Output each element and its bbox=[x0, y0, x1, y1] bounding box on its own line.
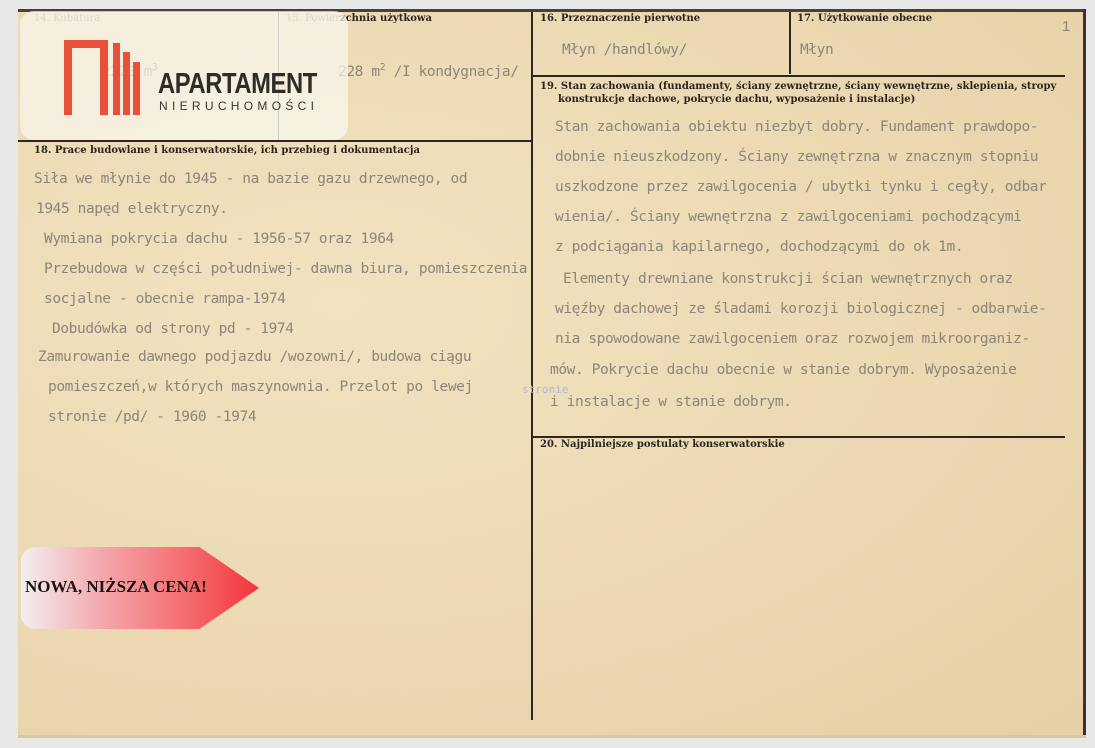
field-18-line: stronie /pd/ - 1960 -1974 bbox=[48, 409, 256, 425]
field-16-label: 16. Przeznaczenie pierwotne bbox=[540, 13, 700, 24]
field-19-line: więźby dachowej ze śladami korozji biolo… bbox=[555, 301, 1046, 317]
field-18-line: Siła we młynie do 1945 - na bazie gazu d… bbox=[34, 171, 467, 187]
divider bbox=[533, 436, 1065, 438]
field-19-line: Stan zachowania obiektu niezbyt dobry. F… bbox=[555, 119, 1038, 135]
field-19-line: Elementy drewniane konstrukcji ścian wew… bbox=[563, 271, 1013, 287]
field-16-value: Młyn /handlówy/ bbox=[562, 42, 687, 58]
field-19-line: uszkodzone przez zawilgocenia / ubytki t… bbox=[555, 179, 1046, 195]
field-18-line: Wymiana pokrycia dachu - 1956-57 oraz 19… bbox=[44, 231, 394, 247]
field-19-label: konstrukcje dachowe, pokrycie dachu, wyp… bbox=[558, 94, 915, 105]
logo-subtitle: NIERUCHOMOŚCI bbox=[159, 99, 318, 113]
field-19-label: 19. Stan zachowania (fundamenty, ściany … bbox=[540, 81, 1056, 92]
field-18-line: Przebudowa w części południwej- dawna bi… bbox=[44, 261, 527, 277]
field-18-line: socjalne - obecnie rampa-1974 bbox=[44, 291, 286, 307]
field-18-line: pomieszczeń,w których maszynownia. Przel… bbox=[48, 379, 473, 395]
logo-title: APARTAMENT bbox=[158, 68, 317, 101]
document-edge bbox=[18, 735, 1086, 738]
divider bbox=[533, 75, 1065, 77]
field-17-value: Młyn bbox=[800, 42, 833, 58]
field-17-label: 17. Użytkowanie obecne bbox=[797, 13, 932, 24]
field-19-line: mów. Pokrycie dachu obecnie w stanie dob… bbox=[550, 362, 1016, 378]
page-number: 1 bbox=[1062, 18, 1070, 35]
field-19-line: dobnie nieuszkodzony. Ściany zewnętrzna … bbox=[555, 149, 1038, 165]
divider bbox=[531, 12, 533, 720]
field-20-label: 20. Najpilniejsze postulaty konserwators… bbox=[540, 439, 785, 450]
field-15-value: 228 m2 /I kondygnacja/ bbox=[338, 62, 519, 80]
field-18-line: Zamurowanie dawnego podjazdu /wozowni/, … bbox=[38, 349, 471, 365]
promo-badge-text: NOWA, NIŻSZA CENA! bbox=[25, 577, 207, 597]
document-edge bbox=[1083, 9, 1086, 738]
field-19-line: z podciągania kapilarnego, dochodzącymi … bbox=[555, 239, 963, 255]
field-18-label: 18. Prace budowlane i konserwatorskie, i… bbox=[34, 145, 420, 156]
field-19-line: wienia/. Ściany wewnętrzna z zawilgoceni… bbox=[555, 209, 1021, 225]
field-19-line: i instalacje w stanie dobrym. bbox=[550, 394, 792, 410]
divider bbox=[18, 140, 532, 142]
field-18-line: 1945 napęd elektryczny. bbox=[36, 201, 228, 217]
divider bbox=[789, 12, 791, 74]
field-19-line: nia spowodowane zawilgoceniem oraz rozwo… bbox=[555, 331, 1030, 347]
field-18-line: Dobudówka od strony pd - 1974 bbox=[52, 321, 294, 337]
